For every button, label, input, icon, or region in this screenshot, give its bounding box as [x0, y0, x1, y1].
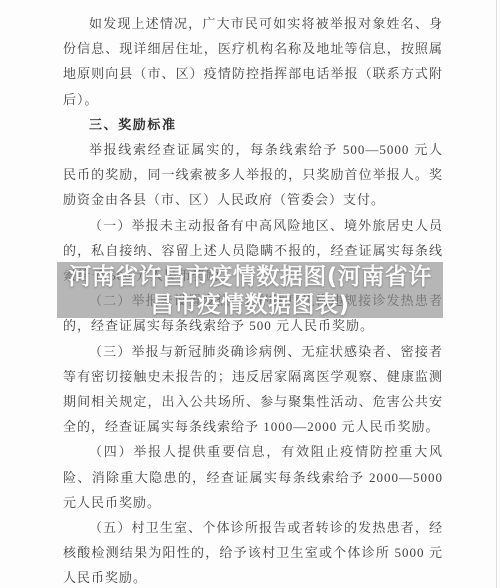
page-right-edge-line	[496, 0, 497, 588]
paragraph-item-5: （五）村卫生室、个体诊所报告或者转诊的发热患者，经核酸检测结果为阳性的，给予该村…	[63, 515, 443, 588]
overlay-title: 河南省许昌市疫情数据图(河南省许昌市疫情数据图表)	[57, 263, 443, 319]
paragraph-item-4: （四）举报人提供重要信息，有效阻止疫情防控重大风险、消除重大隐患的，经查证属实每…	[63, 439, 443, 515]
paragraph-reward-general: 举报线索经查证属实的，每条线索给予 500—5000 元人民币的奖励，同一线索被…	[63, 137, 443, 213]
paragraph-item-3: （三）举报与新冠肺炎确诊病例、无症状感染者、密接者等有密切接触史未报告的；违反居…	[63, 339, 443, 440]
section-heading-reward-standards: 三、奖励标准	[63, 112, 443, 137]
watermark-overlay-band: 河南省许昌市疫情数据图(河南省许昌市疫情数据图表)	[57, 262, 443, 318]
document-page: 如发现上述情况，广大市民可如实将被举报对象姓名、身份信息、现详细居住址，医疗机构…	[0, 0, 500, 588]
paragraph-report-instructions: 如发现上述情况，广大市民可如实将被举报对象姓名、身份信息、现详细居住址，医疗机构…	[63, 11, 443, 112]
